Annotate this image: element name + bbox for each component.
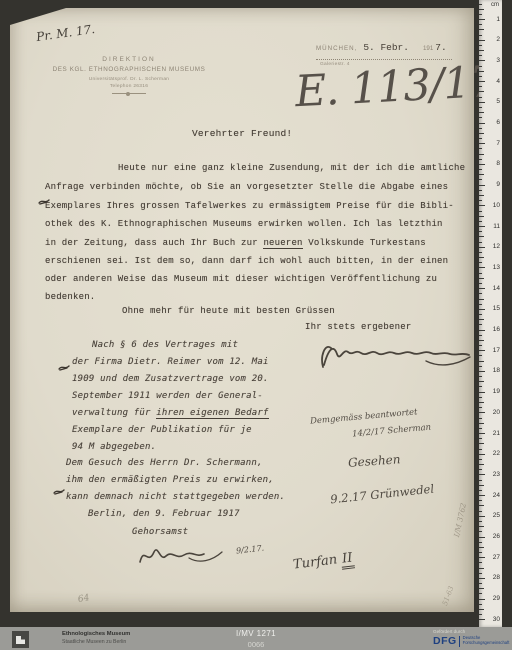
ruler-minor-tick [479, 547, 484, 548]
memo-line: September 1911 werden der General- [72, 391, 263, 401]
scan-viewer: Pr. M. 17. DIREKTION DES KGL. ETHNOGRAPH… [0, 0, 512, 650]
ruler-minor-tick [479, 423, 484, 424]
ruler-minor-tick [479, 614, 482, 615]
ruler-number: 16 [493, 326, 500, 333]
dateline-city: MÜNCHEN, [316, 45, 357, 52]
ruler-minor-tick [479, 128, 482, 129]
cm-ruler: cm12345678910111213141516171819202122232… [479, 0, 502, 627]
memo-line: Nach § 6 des Vertrages mit [92, 340, 238, 350]
ruler-minor-tick [479, 531, 482, 532]
ruler-major-tick [479, 433, 485, 434]
ruler-minor-tick [479, 464, 484, 465]
letterhead-telephone: Telephon 26316 [38, 84, 220, 89]
ruler-minor-tick [479, 438, 482, 439]
ruler-minor-tick [479, 278, 484, 279]
ruler-minor-tick [479, 407, 482, 408]
ruler-number: 18 [493, 367, 500, 374]
ruler-number: 23 [493, 471, 500, 478]
ruler-major-tick [479, 330, 485, 331]
ruler-minor-tick [479, 568, 484, 569]
dateline-day-typed: 5. Febr. [363, 42, 409, 53]
ruler-minor-tick [479, 273, 482, 274]
ruler-number: 10 [493, 202, 500, 209]
ruler-major-tick [479, 247, 485, 248]
ruler-minor-tick [479, 402, 484, 403]
ruler-minor-tick [479, 397, 482, 398]
dfg-full-name: Deutsche Forschungsgemeinschaft [463, 636, 510, 646]
ruler-unit-label: cm [491, 2, 499, 8]
file-number-handwritten: E. 113/17 [294, 57, 497, 117]
dfg-abbreviation: DFG [433, 635, 457, 647]
ruler-minor-tick [479, 200, 482, 201]
memo-line4-pre: verwaltung für [72, 408, 156, 418]
body-line4-post: Volkskunde Turkestans [303, 238, 426, 248]
ruler-minor-tick [479, 252, 482, 253]
ruler-major-tick [479, 81, 485, 82]
dfg-logo: DFG Deutsche Forschungsgemeinschaft [433, 635, 509, 647]
ruler-minor-tick [479, 29, 484, 30]
ruler-minor-tick [479, 112, 484, 113]
turfan-numeral: II [340, 550, 354, 569]
ruler-minor-tick [479, 314, 482, 315]
ruler-major-tick [479, 226, 485, 227]
ruler-number: 25 [493, 512, 500, 519]
ruler-minor-tick [479, 386, 482, 387]
ruler-number: 21 [493, 430, 500, 437]
memo-line: der Firma Dietr. Reimer vom 12. Mai [72, 357, 269, 367]
ruler-minor-tick [479, 449, 482, 450]
ruler-minor-tick [479, 283, 482, 284]
ruler-major-tick [479, 185, 485, 186]
ruler-major-tick [479, 350, 485, 351]
ruler-number: 20 [493, 409, 500, 416]
margin-ink-mark-icon [58, 364, 70, 372]
ruler-number: 22 [493, 450, 500, 457]
ruler-number: 28 [493, 574, 500, 581]
ruler-minor-tick [479, 505, 484, 506]
ruler-minor-tick [479, 480, 482, 481]
ruler-major-tick [479, 599, 485, 600]
dateline: MÜNCHEN, 5. Febr. 191 7. [316, 42, 452, 60]
dateline-year-digit: 7. [435, 42, 446, 53]
ruler-number: 2 [496, 36, 500, 43]
ruler-minor-tick [479, 97, 482, 98]
ruler-minor-tick [479, 542, 482, 543]
ruler-number: 12 [493, 243, 500, 250]
ruler-major-tick [479, 102, 485, 103]
letterhead-museum: DES KGL. ETHNOGRAPHISCHEN MUSEUMS [38, 66, 220, 73]
ruler-minor-tick [479, 71, 484, 72]
ruler-minor-tick [479, 262, 482, 263]
closing-line: Ohne mehr für heute mit besten Grüssen [122, 306, 335, 316]
ruler-minor-tick [479, 257, 484, 258]
ruler-minor-tick [479, 335, 482, 336]
ruler-minor-tick [479, 148, 482, 149]
ruler-major-tick [479, 143, 485, 144]
letterhead-professor: Universitätsprof. Dr. L. Scherman [38, 77, 220, 82]
letterhead-flourish [112, 93, 146, 94]
ruler-major-tick [479, 19, 485, 20]
ruler-minor-tick [479, 319, 484, 320]
ruler-minor-tick [479, 376, 482, 377]
ruler-number: 19 [493, 388, 500, 395]
ruler-minor-tick [479, 211, 482, 212]
ruler-minor-tick [479, 469, 482, 470]
memo-line: 94 M abgegeben. [72, 442, 156, 452]
letterhead: DIREKTION DES KGL. ETHNOGRAPHISCHEN MUSE… [38, 56, 220, 94]
memo-line: Exemplare der Publikation für je [72, 425, 252, 435]
ruler-minor-tick [479, 242, 482, 243]
ruler-minor-tick [479, 526, 484, 527]
ruler-minor-tick [479, 190, 482, 191]
ruler-minor-tick [479, 485, 484, 486]
ruler-major-tick [479, 40, 485, 41]
ruler-major-tick [479, 516, 485, 517]
ruler-minor-tick [479, 366, 482, 367]
ruler-minor-tick [479, 179, 482, 180]
ruler-number: 9 [496, 181, 500, 188]
ruler-minor-tick [479, 169, 482, 170]
ruler-major-tick [479, 371, 485, 372]
ruler-major-tick [479, 123, 485, 124]
funding-label: Gefördert durch [433, 629, 465, 634]
ruler-number: 4 [496, 78, 500, 85]
dfg-name-line2: Forschungsgemeinschaft [463, 641, 510, 646]
ruler-minor-tick [479, 340, 484, 341]
ruler-minor-tick [479, 35, 482, 36]
ruler-number: 3 [496, 57, 500, 64]
ruler-minor-tick [479, 174, 484, 175]
ruler-major-tick [479, 412, 485, 413]
ruler-minor-tick [479, 562, 482, 563]
ruler-minor-tick [479, 91, 484, 92]
ruler-major-tick [479, 454, 485, 455]
memo-line4-underlined: ihren eigenen Bedarf [156, 408, 268, 419]
ruler-major-tick [479, 267, 485, 268]
ruler-minor-tick [479, 418, 482, 419]
ruler-minor-tick [479, 361, 484, 362]
salutation: Verehrter Freund! [192, 128, 292, 139]
ruler-number: 1 [496, 16, 500, 23]
ruler-minor-tick [479, 511, 482, 512]
ruler-number: 30 [493, 616, 500, 623]
ruler-minor-tick [479, 24, 482, 25]
dateline-year-printed: 191 [423, 45, 433, 52]
ruler-major-tick [479, 557, 485, 558]
ruler-minor-tick [479, 552, 482, 553]
ruler-minor-tick [479, 133, 484, 134]
ruler-minor-tick [479, 428, 482, 429]
ruler-minor-tick [479, 76, 482, 77]
ruler-number: 11 [493, 223, 500, 230]
ruler-minor-tick [479, 55, 482, 56]
ruler-minor-tick [479, 593, 482, 594]
ruler-minor-tick [479, 50, 484, 51]
ruler-number: 27 [493, 554, 500, 561]
ruler-major-tick [479, 495, 485, 496]
ruler-number: 8 [496, 160, 500, 167]
memo-line: kann demnach nicht stattgegeben werden. [66, 492, 285, 502]
ruler-minor-tick [479, 117, 482, 118]
ruler-minor-tick [479, 573, 482, 574]
margin-ink-mark-icon [38, 198, 50, 206]
ruler-minor-tick [479, 299, 484, 300]
ruler-number: 17 [493, 347, 500, 354]
ruler-minor-tick [479, 154, 484, 155]
ruler-number: 5 [496, 98, 500, 105]
ruler-minor-tick [479, 107, 482, 108]
ruler-number: 14 [493, 285, 500, 292]
ruler-minor-tick [479, 345, 482, 346]
ruler-minor-tick [479, 381, 484, 382]
ruler-major-tick [479, 164, 485, 165]
ruler-minor-tick [479, 14, 482, 15]
ruler-minor-tick [479, 159, 482, 160]
memo-line: ihm den ermäßigten Preis zu erwirken, [66, 475, 274, 485]
ruler-minor-tick [479, 609, 484, 610]
ruler-minor-tick [479, 231, 482, 232]
ruler-minor-tick [479, 45, 482, 46]
ruler-major-tick [479, 309, 485, 310]
ruler-minor-tick [479, 304, 482, 305]
ruler-major-tick [479, 205, 485, 206]
ruler-number: 15 [493, 305, 500, 312]
ruler-minor-tick [479, 66, 482, 67]
ruler-minor-tick [479, 4, 482, 5]
valediction: Ihr stets ergebener [305, 322, 411, 332]
scherman-signature [316, 336, 474, 374]
ruler-minor-tick [479, 490, 482, 491]
dfg-divider [459, 636, 460, 647]
ruler-major-tick [479, 288, 485, 289]
ruler-minor-tick [479, 588, 484, 589]
ruler-minor-tick [479, 138, 482, 139]
ruler-number: 6 [496, 119, 500, 126]
ruler-minor-tick [479, 293, 482, 294]
ruler-minor-tick [479, 9, 484, 10]
ruler-minor-tick [479, 355, 482, 356]
memo-place-date: Berlin, den 9. Februar 1917 [88, 509, 240, 519]
ruler-minor-tick [479, 236, 484, 237]
ruler-number: 24 [493, 492, 500, 499]
ruler-minor-tick [479, 216, 484, 217]
memo-line: Dem Gesuch des Herrn Dr. Schermann, [66, 458, 263, 468]
pencil-number: 64 [77, 593, 90, 605]
ruler-minor-tick [479, 221, 482, 222]
memo-line: verwaltung für ihren eigenen Bedarf [72, 408, 269, 418]
memo-closing: Gehorsamst [132, 527, 188, 537]
body-line4-pre: in der Zeitung, dass auch Ihr Buch zur [45, 238, 263, 248]
ruler-minor-tick [479, 459, 482, 460]
ruler-number: 7 [496, 140, 500, 147]
body-line: erschienen sei. Ist dem so, dann darf ic… [45, 256, 448, 266]
body-line: othek des K. Ethnographischen Museums er… [45, 219, 443, 229]
ruler-number: 13 [493, 264, 500, 271]
ruler-number: 26 [493, 533, 500, 540]
ruler-minor-tick [479, 583, 482, 584]
margin-ink-mark-icon [53, 488, 65, 496]
letterhead-direktion: DIREKTION [38, 56, 220, 63]
body-line: Exemplares Ihres grossen Tafelwerkes zu … [45, 201, 454, 211]
ruler-major-tick [479, 578, 485, 579]
body-line: bedenken. [45, 292, 95, 302]
ruler-major-tick [479, 537, 485, 538]
ruler-minor-tick [479, 86, 482, 87]
ruler-major-tick [479, 474, 485, 475]
body-line4-underlined: neueren [263, 238, 302, 249]
memo-line: 1909 und dem Zusatzvertrage vom 20. [72, 374, 269, 384]
ruler-minor-tick [479, 500, 482, 501]
ruler-minor-tick [479, 443, 484, 444]
ruler-minor-tick [479, 521, 482, 522]
ruler-major-tick [479, 392, 485, 393]
ruler-major-tick [479, 60, 485, 61]
ruler-major-tick [479, 619, 485, 620]
body-line: in der Zeitung, dass auch Ihr Buch zur n… [45, 238, 426, 248]
body-line: Anfrage verbinden möchte, ob Sie an vorg… [45, 182, 448, 192]
body-line: oder anderen Weise das Museum mit dieser… [45, 274, 437, 284]
body-line: Heute nur eine ganz kleine Zusendung, mi… [118, 163, 465, 173]
ruler-minor-tick [479, 195, 484, 196]
ruler-number: 29 [493, 595, 500, 602]
clerk-signature [133, 540, 233, 568]
ruler-minor-tick [479, 604, 482, 605]
ruler-minor-tick [479, 324, 482, 325]
